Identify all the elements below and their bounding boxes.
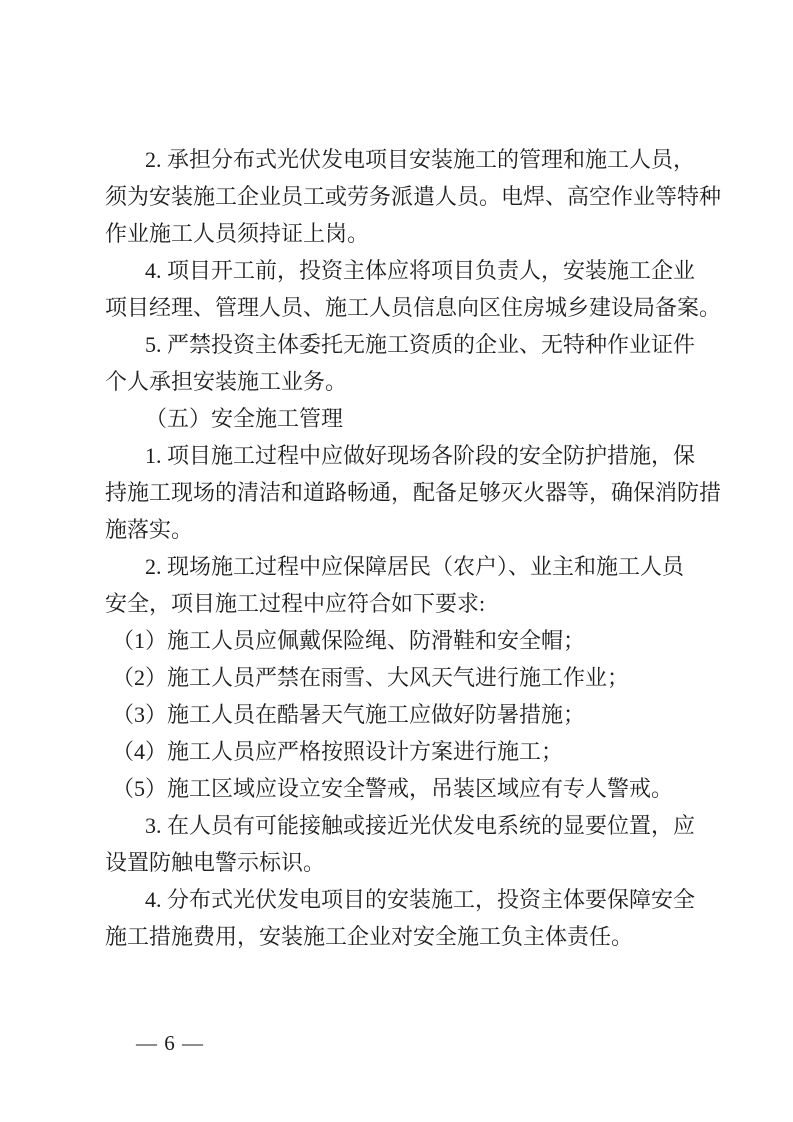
list-item-line: （3）施工人员在酷暑天气施工应做好防暑措施； (105, 696, 705, 733)
paragraph-line: 1. 项目施工过程中应做好现场各阶段的安全防护措施，保 (105, 437, 705, 474)
paragraph-line: 4. 分布式光伏发电项目的安装施工，投资主体要保障安全 (105, 881, 705, 918)
list-item-line: （4）施工人员应严格按照设计方案进行施工； (105, 733, 705, 770)
paragraph-line: 5. 严禁投资主体委托无施工资质的企业、无特种作业证件 (105, 326, 705, 363)
list-item-line: （5）施工区域应设立安全警戒，吊装区域应有专人警戒。 (105, 770, 705, 807)
paragraph-line: 项目经理、管理人员、施工人员信息向区住房城乡建设局备案。 (105, 289, 705, 326)
document-page: 2. 承担分布式光伏发电项目安装施工的管理和施工人员， 须为安装施工企业员工或劳… (0, 0, 793, 1122)
paragraph-line: 2. 现场施工过程中应保障居民（农户）、业主和施工人员 (105, 548, 705, 585)
paragraph-line: 个人承担安装施工业务。 (105, 363, 705, 400)
list-item-line: （2）施工人员严禁在雨雪、大风天气进行施工作业； (105, 659, 705, 696)
paragraph-line: 安全，项目施工过程中应符合如下要求: (105, 585, 705, 622)
paragraph-line: 施工措施费用，安装施工企业对安全施工负主体责任。 (105, 918, 705, 955)
paragraph-line: 须为安装施工企业员工或劳务派遣人员。电焊、高空作业等特种 (105, 178, 705, 215)
paragraph-line: 作业施工人员须持证上岗。 (105, 215, 705, 252)
paragraph-line: 施落实。 (105, 511, 705, 548)
paragraph-line: 2. 承担分布式光伏发电项目安装施工的管理和施工人员， (105, 141, 705, 178)
body-text: 2. 承担分布式光伏发电项目安装施工的管理和施工人员， 须为安装施工企业员工或劳… (105, 141, 705, 955)
paragraph-line: 4. 项目开工前，投资主体应将项目负责人，安装施工企业 (105, 252, 705, 289)
section-heading-line: （五）安全施工管理 (105, 400, 705, 437)
paragraph-line: 设置防触电警示标识。 (105, 844, 705, 881)
paragraph-line: 持施工现场的清洁和道路畅通，配备足够灭火器等，确保消防措 (105, 474, 705, 511)
paragraph-line: 3. 在人员有可能接触或接近光伏发电系统的显要位置，应 (105, 807, 705, 844)
page-number: — 6 — (136, 1029, 204, 1057)
list-item-line: （1）施工人员应佩戴保险绳、防滑鞋和安全帽； (105, 622, 705, 659)
